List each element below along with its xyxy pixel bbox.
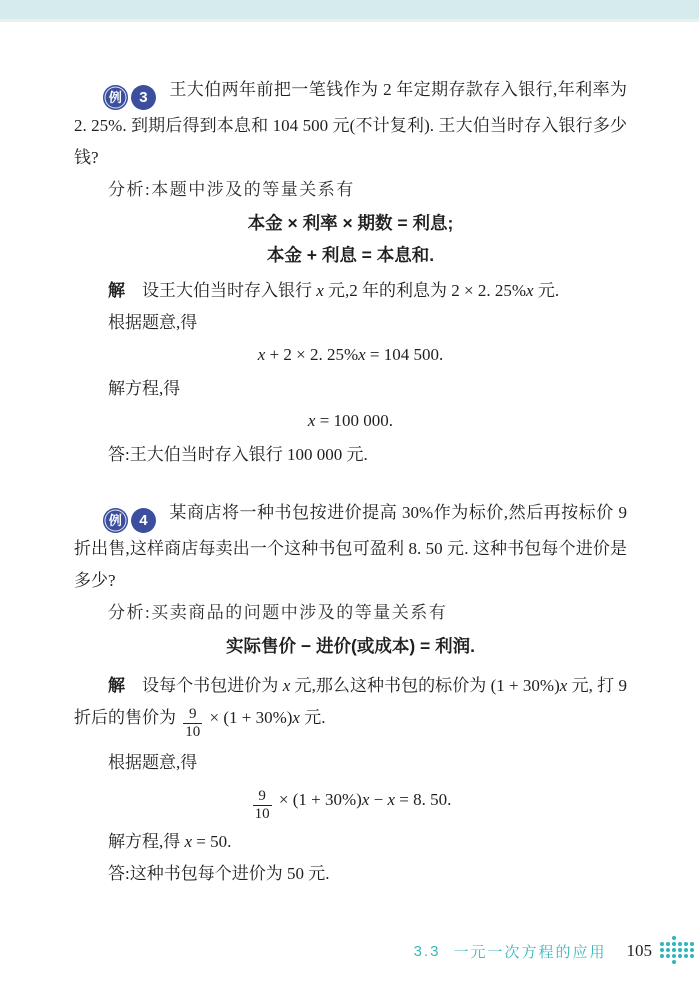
example3-solve-step: 解方程,得 — [74, 373, 627, 405]
solution-text: 设王大伯当时存入银行 — [142, 281, 316, 300]
solve-text: 解方程,得 — [108, 832, 185, 851]
example3-result: x = 100 000. — [74, 405, 627, 437]
dots-decoration-icon — [659, 936, 695, 966]
fraction-nine-tenths: 910 — [253, 788, 272, 823]
example4-solve-step: 解方程,得 x = 50. — [74, 826, 627, 858]
solution-text: 元. — [300, 708, 326, 727]
example4-equation: 910 × (1 + 30%)x − x = 8. 50. — [74, 784, 627, 823]
variable-x: x — [526, 281, 534, 300]
example4-problem-text: 某商店将一种书包按进价提高 30%作为标价,然后再按标价 9 折出售,这样商店每… — [74, 503, 627, 590]
example3-badge: 例3 — [103, 85, 156, 110]
example4-analysis: 分析:买卖商品的问题中涉及的等量关系有 — [74, 597, 627, 629]
variable-x: x — [387, 790, 395, 809]
example4-problem: 例4某商店将一种书包按进价提高 30%作为标价,然后再按标价 9 折出售,这样商… — [74, 497, 627, 597]
solution-text: 设每个书包进价为 — [142, 676, 283, 695]
fraction-nine-tenths: 910 — [183, 706, 202, 741]
equation-text: + 2 × 2. 25% — [265, 345, 358, 364]
variable-x: x — [358, 345, 366, 364]
example3-solution-setup: 解设王大伯当时存入银行 x 元,2 年的利息为 2 × 2. 25%x 元. — [74, 275, 627, 307]
example4-badge: 例4 — [103, 508, 156, 533]
equation-text: − — [369, 790, 387, 809]
equation-text: = 100 000. — [315, 411, 393, 430]
variable-x: x — [316, 281, 324, 300]
page-content: 例3王大伯两年前把一笔钱作为 2 年定期存款存入银行,年利率为 2. 25%. … — [0, 22, 699, 890]
example3-relation2: 本金 + 利息 = 本息和. — [74, 240, 627, 270]
solution-text: 元. — [534, 281, 560, 300]
solution-text: 元,2 年的利息为 2 × 2. 25% — [324, 281, 526, 300]
variable-x: x — [292, 708, 300, 727]
solve-text: = 50. — [192, 832, 231, 851]
footer-section-title: 一元一次方程的应用 — [453, 941, 606, 962]
equation-text: = 104 500. — [366, 345, 444, 364]
fraction-denominator: 10 — [253, 805, 272, 823]
variable-x: x — [185, 832, 193, 851]
example3-equation: x + 2 × 2. 25%x = 104 500. — [74, 339, 627, 371]
example3-problem-text: 王大伯两年前把一笔钱作为 2 年定期存款存入银行,年利率为 2. 25%. 到期… — [74, 80, 627, 167]
example4-solution-setup: 解设每个书包进价为 x 元,那么这种书包的标价为 (1 + 30%)x 元, 打… — [74, 670, 627, 741]
solution-text: × (1 + 30%) — [205, 708, 292, 727]
example3-number-circle: 3 — [131, 85, 156, 110]
solution-label: 解 — [108, 281, 125, 300]
example3-problem: 例3王大伯两年前把一笔钱作为 2 年定期存款存入银行,年利率为 2. 25%. … — [74, 74, 627, 174]
example4-answer: 答:这种书包每个进价为 50 元. — [74, 858, 627, 890]
solution-label: 解 — [108, 676, 125, 695]
page-top-band — [0, 0, 699, 22]
example3-relation1: 本金 × 利率 × 期数 = 利息; — [74, 208, 627, 238]
example4-number-circle: 4 — [131, 508, 156, 533]
example3-answer: 答:王大伯当时存入银行 100 000 元. — [74, 439, 627, 471]
example4-relation: 实际售价 − 进价(或成本) = 利润. — [74, 631, 627, 661]
fraction-numerator: 9 — [253, 788, 272, 805]
example3-analysis: 分析:本题中涉及的等量关系有 — [74, 174, 627, 206]
solution-text: 元,那么这种书包的标价为 (1 + 30%) — [290, 676, 560, 695]
equation-text: = 8. 50. — [395, 790, 451, 809]
example3-condition: 根据题意,得 — [74, 307, 627, 339]
footer-page-number: 105 — [627, 941, 653, 961]
page-footer: 3.3 一元一次方程的应用 105 — [414, 936, 695, 966]
example-label-circle: 例 — [103, 508, 128, 533]
example-label-circle: 例 — [103, 85, 128, 110]
footer-section-number: 3.3 — [414, 943, 441, 960]
fraction-numerator: 9 — [183, 706, 202, 723]
fraction-denominator: 10 — [183, 723, 202, 741]
equation-text: × (1 + 30%) — [275, 790, 362, 809]
example4-condition: 根据题意,得 — [74, 747, 627, 779]
